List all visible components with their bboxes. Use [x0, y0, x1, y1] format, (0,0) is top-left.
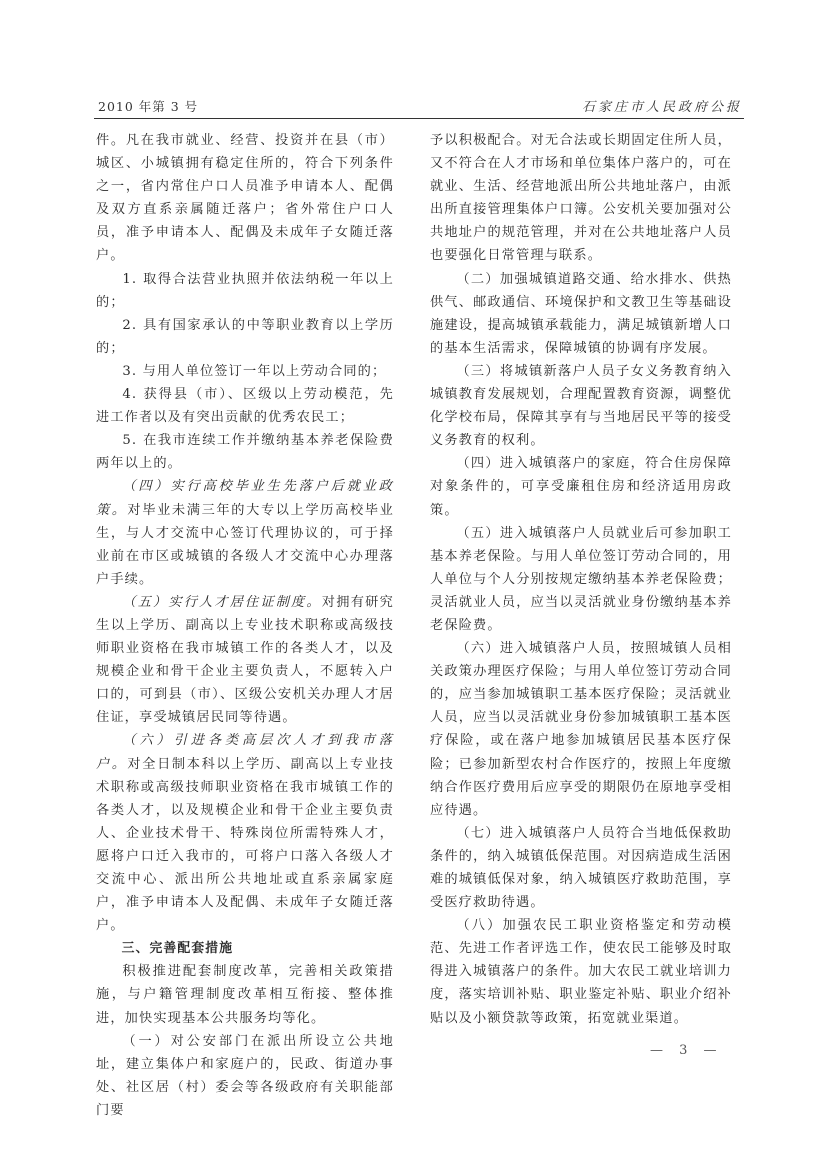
left-column: 件。凡在我市就业、经营、投资并在县（市）城区、小城镇拥有稳定住所的，符合下列条件…: [96, 129, 394, 1122]
paragraph: （六）进入城镇落户人员，按照城镇人员相关政策办理医疗保险；与用人单位签订劳动合同…: [430, 637, 732, 822]
list-item-3: 3. 与用人单位签订一年以上劳动合同的；: [96, 360, 394, 383]
paragraph: 件。凡在我市就业、经营、投资并在县（市）城区、小城镇拥有稳定住所的，符合下列条件…: [96, 129, 394, 268]
paragraph: （一）对公安部门在派出所设立公共地址，建立集体户和家庭户的，民政、街道办事处、社…: [96, 1030, 394, 1122]
paragraph-residence-permit: （五）实行人才居住证制度。对拥有研究生以上学历、副高以上专业技术职称或高级技师职…: [96, 591, 394, 730]
paragraph-body: 对毕业未满三年的大专以上学历高校毕业生，与人才交流中心签订代理协议的，可于择业前…: [96, 503, 394, 587]
paragraph: 予以积极配合。对无合法或长期固定住所人员，又不符合在人才市场和单位集体户落户的，…: [430, 129, 732, 268]
page-number: — 3 —: [650, 1043, 723, 1058]
list-item-2: 2. 具有国家承认的中等职业教育以上学历的；: [96, 314, 394, 360]
list-item-1: 1. 取得合法营业执照并依法纳税一年以上的；: [96, 268, 394, 314]
running-header: 2010 年第 3 号 石家庄市人民政府公报: [94, 96, 744, 119]
paragraph: （二）加强城镇道路交通、给水排水、供热供气、邮政通信、环境保护和文教卫生等基础设…: [430, 268, 732, 360]
list-item-4: 4. 获得县（市）、区级以上劳动模范，先进工作者以及有突出贡献的优秀农民工；: [96, 383, 394, 429]
paragraph: （四）进入城镇落户的家庭，符合住房保障对象条件的，可享受廉租住房和经济适用房政策…: [430, 452, 732, 521]
paragraph-body: 对拥有研究生以上学历、副高以上专业技术职称或高级技师职业资格在我市城镇工作的各类…: [96, 595, 394, 725]
publication-title: 石家庄市人民政府公报: [582, 96, 742, 115]
right-column: 予以积极配合。对无合法或长期固定住所人员，又不符合在人才市场和单位集体户落户的，…: [430, 129, 732, 1030]
paragraph: 积极推进配套制度改革，完善相关政策措施，与户籍管理制度改革相互衔接、整体推进，加…: [96, 960, 394, 1029]
paragraph: （七）进入城镇落户人员符合当地低保救助条件的，纳入城镇低保范围。对因病造成生活困…: [430, 822, 732, 914]
paragraph-graduates: （四）实行高校毕业生先落户后就业政策。对毕业未满三年的大专以上学历高校毕业生，与…: [96, 475, 394, 590]
paragraph: （五）进入城镇落户人员就业后可参加职工基本养老保险。与用人单位签订劳动合同的，用…: [430, 522, 732, 637]
paragraph-body: 对全日制本科以上学历、副高以上专业技术职称或高级技师职业资格在我市城镇工作的各类…: [96, 757, 394, 934]
section-heading: 三、完善配套措施: [96, 937, 394, 960]
paragraph: （三）将城镇新落户人员子女义务教育纳入城镇教育发展规划，合理配置教育资源，调整优…: [430, 360, 732, 452]
issue-label: 2010 年第 3 号: [98, 97, 198, 115]
list-item-5: 5. 在我市连续工作并缴纳基本养老保险费两年以上的。: [96, 429, 394, 475]
paragraph: （八）加强农民工职业资格鉴定和劳动模范、先进工作者评选工作，使农民工能够及时取得…: [430, 914, 732, 1029]
subsection-title: （五）实行人才居住证制度。: [122, 595, 321, 610]
paragraph-talent: （六）引进各类高层次人才到我市落户。对全日制本科以上学历、副高以上专业技术职称或…: [96, 729, 394, 937]
